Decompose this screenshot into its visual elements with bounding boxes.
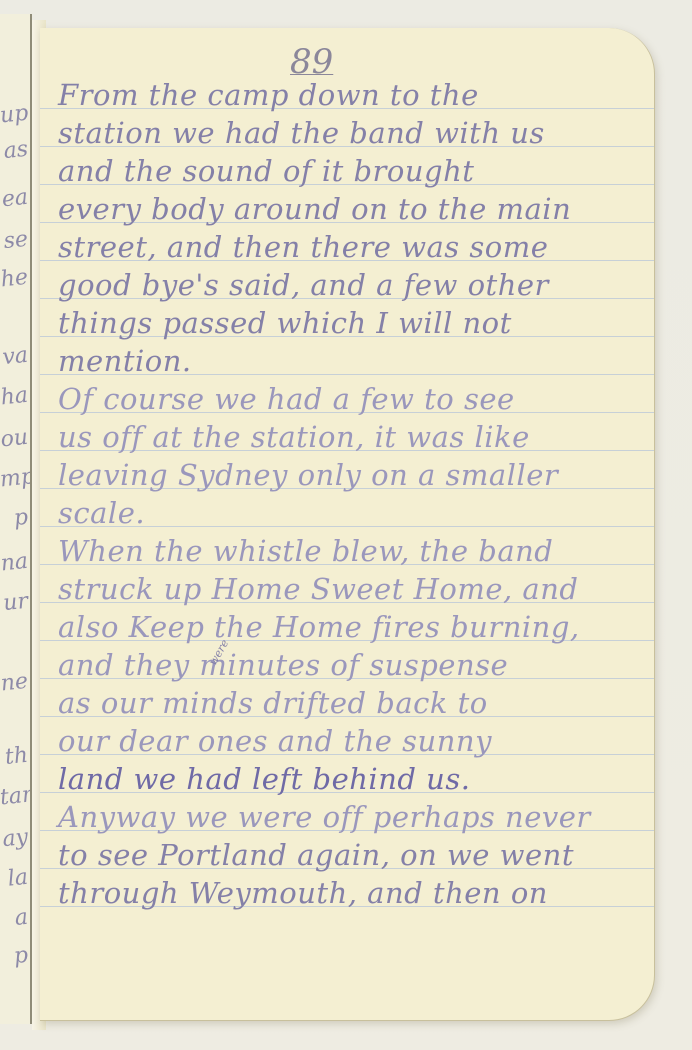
text-line: also Keep the Home fires burning,	[58, 610, 580, 644]
facing-fragment: up	[0, 101, 31, 129]
facing-fragment: va	[0, 343, 31, 371]
text-line: leaving Sydney only on a smaller	[58, 458, 558, 492]
text-line: When the whistle blew, the band	[58, 534, 553, 568]
text-line: Of course we had a few to see	[58, 382, 515, 416]
facing-fragment: a	[0, 905, 31, 933]
facing-fragment: ay	[0, 825, 31, 853]
text-line: station we had the band with us	[58, 116, 545, 150]
diary-page: 89 From the camp down to the station we …	[40, 28, 655, 1021]
text-line: our dear ones and the sunny	[58, 724, 492, 758]
text-line: From the camp down to the	[58, 78, 479, 112]
text-line: scale.	[58, 496, 145, 530]
facing-fragment: tam	[0, 783, 31, 811]
text-line: good bye's said, and a few other	[58, 268, 549, 302]
page-number: 89	[290, 42, 333, 82]
text-line: street, and then there was some	[58, 230, 548, 264]
text-line: mention.	[58, 344, 192, 378]
facing-fragment: se	[0, 227, 31, 255]
text-line: and the sound of it brought	[58, 154, 474, 188]
facing-fragment: ha	[0, 383, 31, 411]
facing-fragment: th	[0, 743, 31, 771]
text-line: struck up Home Sweet Home, and	[58, 572, 578, 606]
text-line: Anyway we were off perhaps never	[58, 800, 591, 834]
text-line: and they minutes of suspense	[58, 648, 508, 682]
text-line: every body around on to the main	[58, 192, 571, 226]
text-line: us off at the station, it was like	[58, 420, 530, 454]
text-line: as our minds drifted back to	[58, 686, 488, 720]
facing-fragment: mp	[0, 465, 31, 493]
text-line: to see Portland again, on we went	[58, 838, 574, 872]
facing-fragment: na	[0, 549, 31, 577]
text-line: through Weymouth, and then on	[58, 876, 548, 910]
facing-fragment: ur	[0, 589, 31, 617]
facing-fragment: p	[0, 505, 31, 533]
facing-fragment: p	[0, 943, 31, 971]
facing-fragment: ea	[0, 185, 31, 213]
facing-fragment: ou	[0, 425, 31, 453]
text-line: things passed which I will not	[58, 306, 512, 340]
facing-fragment: ne	[0, 669, 31, 697]
facing-fragment: as	[0, 137, 31, 165]
facing-fragment: he	[0, 265, 31, 293]
facing-page-edge: up as ea se he va ha ou mp p na ur ne th…	[0, 14, 32, 1024]
facing-fragment: la	[0, 865, 31, 893]
text-line: land we had left behind us.	[58, 762, 470, 796]
